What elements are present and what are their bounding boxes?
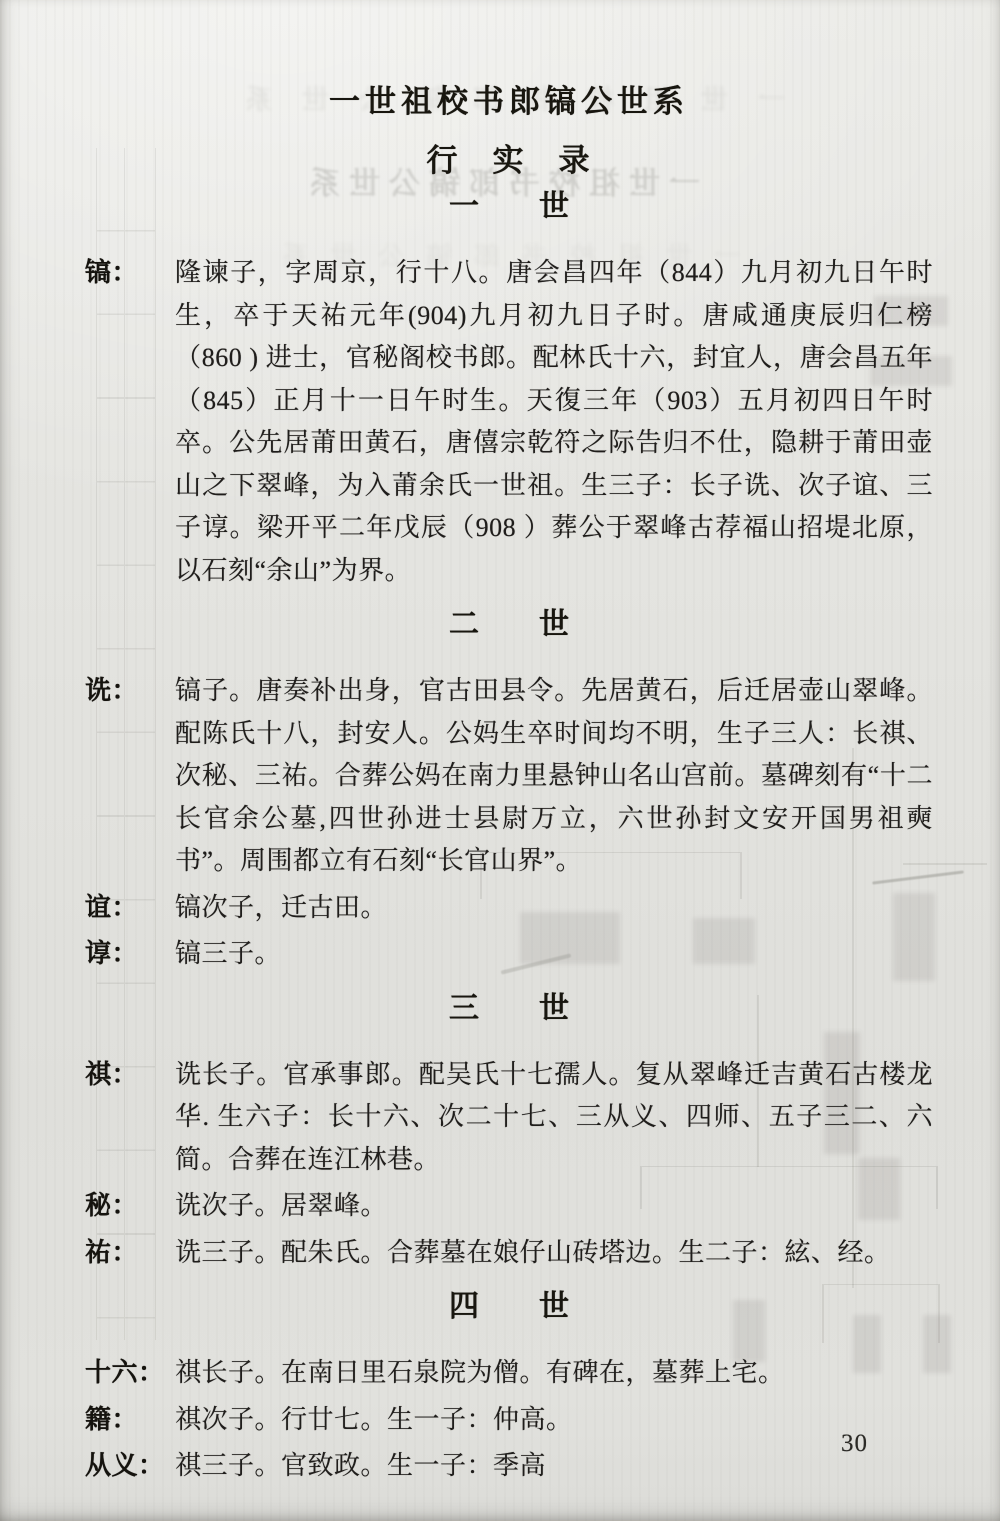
generation-sections: 一 世 镐： 隆谏子，字周京，行十八。唐会昌四年（844）九月初九日午时生，卒于… (85, 190, 933, 1488)
person-biography-text: 隆谏子，字周京，行十八。唐会昌四年（844）九月初九日午时生，卒于天祐元年(90… (175, 252, 933, 592)
person-entry-row: 镐： 隆谏子，字周京，行十八。唐会昌四年（844）九月初九日午时生，卒于天祐元年… (85, 252, 933, 592)
person-entry-row: 秘： 诜次子。居翠峰。 (85, 1185, 933, 1228)
person-name-label: 秘： (85, 1185, 175, 1228)
person-entry-row: 从义： 祺三子。官致政。生一子：季高 (85, 1445, 933, 1488)
generation-entries: 祺： 诜长子。官承事郎。配吴氏十七孺人。复从翠峰迁吉黄石古楼龙华. 生六子：长十… (85, 1054, 933, 1275)
person-name-label: 十六： (85, 1352, 175, 1395)
person-name-label: 从义： (85, 1445, 175, 1488)
person-biography-text: 诜三子。配朱氏。合葬墓在娘仔山砖塔边。生二子：絃、经。 (175, 1232, 933, 1275)
person-biography-text: 诜次子。居翠峰。 (175, 1185, 933, 1228)
generation-section: 四 世 十六： 祺长子。在南日里石泉院为僧。有碑在，墓葬上宅。 籍： 祺次子。行… (85, 1290, 933, 1488)
person-name-label: 诜： (85, 670, 175, 883)
person-biography-text: 祺长子。在南日里石泉院为僧。有碑在，墓葬上宅。 (175, 1352, 933, 1395)
person-entry-row: 诜： 镐子。唐奏补出身，官古田县令。先居黄石，后迁居壶山翠峰。配陈氏十八，封安人… (85, 670, 933, 883)
page-number: 30 (841, 1430, 868, 1458)
person-name-label: 祐： (85, 1232, 175, 1275)
generation-section: 二 世 诜： 镐子。唐奏补出身，官古田县令。先居黄石，后迁居壶山翠峰。配陈氏十八… (85, 608, 933, 976)
person-biography-text: 镐子。唐奏补出身，官古田县令。先居黄石，后迁居壶山翠峰。配陈氏十八，封安人。公妈… (175, 670, 933, 883)
generation-heading: 二 世 (85, 608, 933, 642)
person-entry-row: 谊： 镐次子，迁古田。 (85, 887, 933, 930)
generation-entries: 镐： 隆谏子，字周京，行十八。唐会昌四年（844）九月初九日午时生，卒于天祐元年… (85, 252, 933, 592)
generation-entries: 十六： 祺长子。在南日里石泉院为僧。有碑在，墓葬上宅。 籍： 祺次子。行廿七。生… (85, 1352, 933, 1488)
person-name-label: 谆： (85, 933, 175, 976)
person-name-label: 镐： (85, 252, 175, 592)
person-biography-text: 诜长子。官承事郎。配吴氏十七孺人。复从翠峰迁吉黄石古楼龙华. 生六子：长十六、次… (175, 1054, 933, 1182)
generation-heading: 四 世 (85, 1290, 933, 1324)
person-entry-row: 谆： 镐三子。 (85, 933, 933, 976)
person-entry-row: 籍： 祺次子。行廿七。生一子：仲高。 (85, 1399, 933, 1442)
person-biography-text: 镐三子。 (175, 933, 933, 976)
generation-entries: 诜： 镐子。唐奏补出身，官古田县令。先居黄石，后迁居壶山翠峰。配陈氏十八，封安人… (85, 670, 933, 976)
person-entry-row: 祐： 诜三子。配朱氏。合葬墓在娘仔山砖塔边。生二子：絃、经。 (85, 1232, 933, 1275)
person-entry-row: 十六： 祺长子。在南日里石泉院为僧。有碑在，墓葬上宅。 (85, 1352, 933, 1395)
generation-heading: 一 世 (85, 190, 933, 224)
page-title: 一世祖校书郎镐公世系 (85, 84, 933, 120)
person-biography-text: 祺次子。行廿七。生一子：仲高。 (175, 1399, 933, 1442)
person-entry-row: 祺： 诜长子。官承事郎。配吴氏十七孺人。复从翠峰迁吉黄石古楼龙华. 生六子：长十… (85, 1054, 933, 1182)
document-page: 一世祖校书郎镐公世系 行 实 录 一 世 镐： 隆谏子，字周京，行十八。唐会昌四… (85, 84, 933, 1492)
page-subtitle: 行 实 录 (85, 144, 933, 178)
person-biography-text: 镐次子，迁古田。 (175, 887, 933, 930)
person-name-label: 谊： (85, 887, 175, 930)
generation-section: 一 世 镐： 隆谏子，字周京，行十八。唐会昌四年（844）九月初九日午时生，卒于… (85, 190, 933, 592)
generation-heading: 三 世 (85, 992, 933, 1026)
person-biography-text: 祺三子。官致政。生一子：季高 (175, 1445, 933, 1488)
generation-section: 三 世 祺： 诜长子。官承事郎。配吴氏十七孺人。复从翠峰迁吉黄石古楼龙华. 生六… (85, 992, 933, 1275)
person-name-label: 籍： (85, 1399, 175, 1442)
person-name-label: 祺： (85, 1054, 175, 1182)
